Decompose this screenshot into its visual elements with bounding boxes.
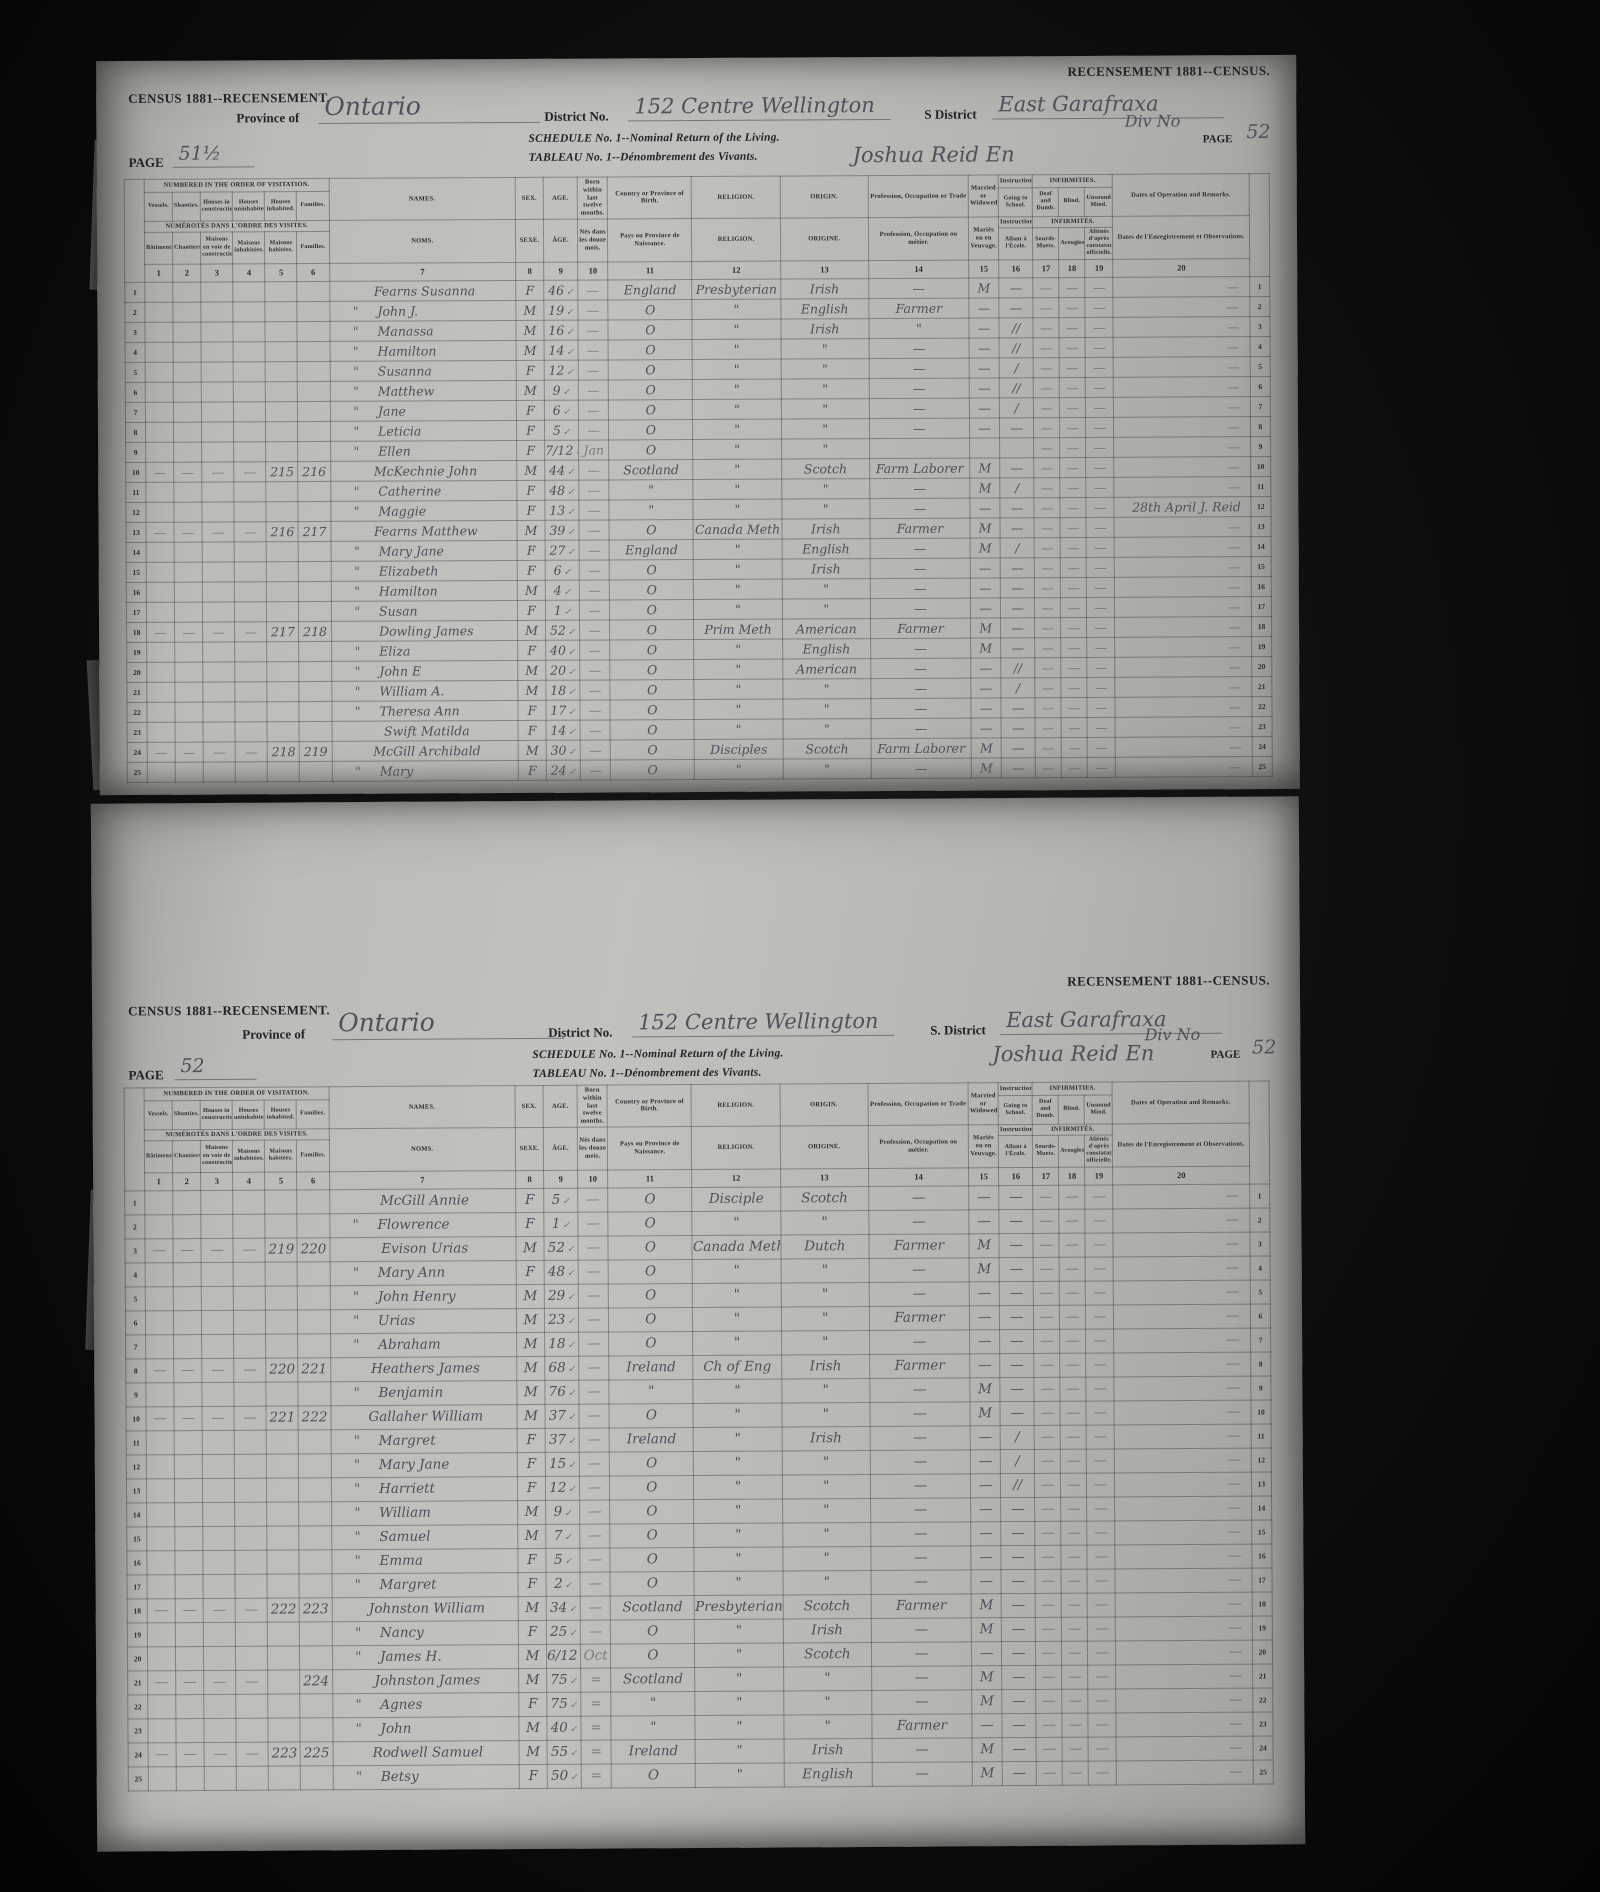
- infirmity-cell: —: [1059, 1209, 1085, 1233]
- visitation-sub-header: Vessels.: [144, 192, 172, 221]
- religion-cell: ": [693, 1403, 781, 1428]
- remarks-cell: —: [1115, 1544, 1251, 1569]
- visitation-cell: [148, 1718, 176, 1742]
- column-number: 3: [201, 263, 233, 281]
- row-number: 25: [1253, 1760, 1273, 1784]
- age-cell: 9✓: [546, 1500, 580, 1524]
- age-check-mark: ✓: [564, 607, 572, 617]
- row-number: 12: [126, 1454, 146, 1478]
- married-cell: —: [970, 1353, 1000, 1377]
- family-number-cell: [297, 341, 329, 361]
- visitation-cell: [145, 1214, 173, 1238]
- infirmity-cell: —: [1035, 1521, 1061, 1545]
- visitation-cell: —: [234, 461, 266, 481]
- infirmity-cell: —: [1060, 1281, 1086, 1305]
- born-month-cell: —: [579, 1380, 609, 1404]
- age-check-mark: ✓: [570, 1749, 578, 1759]
- age-cell: 48✓: [545, 480, 579, 500]
- infirmity-cell: —: [1035, 577, 1061, 597]
- birthplace-cell: O: [608, 1283, 692, 1308]
- visitation-cell: [203, 761, 235, 781]
- school-cell: //: [999, 317, 1033, 337]
- family-number-cell: [297, 301, 329, 321]
- family-number-cell: [299, 561, 331, 581]
- given-name: Agnes: [380, 1696, 518, 1713]
- profession-cell: —: [869, 398, 969, 419]
- birthplace-cell: O: [611, 1643, 695, 1668]
- profession-cell: —: [869, 1185, 969, 1210]
- visitation-cell: [235, 1550, 267, 1574]
- age-cell: 14✓: [544, 340, 578, 360]
- enumerator-signature: Joshua Reid En: [992, 1041, 1154, 1066]
- name-cell: "Abraham: [330, 1332, 517, 1357]
- column-header: RELIGION.: [692, 218, 780, 261]
- remark-text: —: [1123, 1476, 1250, 1493]
- visitation-cell: [201, 381, 233, 401]
- house-number-cell: [267, 661, 299, 681]
- page-number: 51½: [173, 142, 255, 167]
- column-header: Dates of Operation and Remarks.: [1113, 174, 1250, 217]
- religion-cell: ": [694, 699, 782, 719]
- born-month-cell: =: [581, 1740, 611, 1764]
- visitation-cell: [147, 1622, 175, 1646]
- infirmity-cell: —: [1060, 1353, 1086, 1377]
- infirmity-cell: —: [1087, 1472, 1115, 1496]
- remark-text: —: [1122, 379, 1249, 395]
- infirmity-cell: —: [1085, 1256, 1113, 1280]
- sex-cell: F: [518, 1620, 546, 1644]
- given-name: Mary Jane: [379, 1456, 517, 1473]
- school-cell: /: [1000, 397, 1034, 417]
- sex-cell: M: [518, 1596, 546, 1620]
- sex-cell: M: [516, 300, 544, 320]
- age-cell: 2✓: [546, 1572, 580, 1596]
- name-cell: "Hamilton: [330, 340, 517, 361]
- family-number-cell: [298, 501, 330, 521]
- born-month-cell: —: [580, 699, 610, 719]
- age-check-mark: ✓: [567, 467, 575, 477]
- birthplace-cell: O: [610, 739, 694, 759]
- age-check-mark: ✓: [566, 307, 574, 317]
- visitation-cell: —: [148, 1742, 176, 1766]
- visitation-sub-header: Chantiers.: [173, 232, 201, 264]
- column-number: 5: [265, 263, 297, 281]
- origin-cell: ": [780, 1210, 868, 1235]
- house-number-cell: [265, 361, 297, 381]
- page-right-number: 52: [1246, 121, 1270, 143]
- ditto-mark: ": [334, 423, 378, 438]
- age-check-mark: ✓: [569, 1605, 577, 1615]
- visitation-cell: [145, 1286, 173, 1310]
- birthplace-cell: O: [608, 319, 692, 339]
- remarks-cell: —: [1115, 716, 1251, 737]
- ditto-mark: ": [337, 1721, 381, 1737]
- birthplace-cell: O: [609, 399, 693, 419]
- sex-cell: M: [518, 1644, 546, 1668]
- house-number-cell: [268, 1717, 300, 1741]
- column-number: 15: [969, 259, 999, 277]
- enumerator-signature: Joshua Reid En: [853, 142, 1015, 167]
- remark-text: —: [1122, 1188, 1249, 1205]
- age-check-mark: ✓: [565, 1581, 573, 1591]
- infirmity-cell: —: [1087, 1424, 1115, 1448]
- ditto-mark: ": [335, 503, 379, 518]
- sex-cell: M: [519, 1740, 547, 1764]
- visitation-cell: [202, 1430, 234, 1454]
- married-cell: M: [970, 517, 1000, 537]
- infirmity-cell: —: [1061, 697, 1087, 717]
- name-cell: "Flowrence: [329, 1212, 516, 1237]
- page-right-number: 52: [1252, 1036, 1276, 1058]
- ditto-mark: ": [334, 303, 378, 318]
- infirmity-cell: —: [1087, 1496, 1115, 1520]
- birthplace-cell: O: [609, 419, 693, 439]
- remark-text: —: [1123, 1452, 1250, 1469]
- row-number: 24: [128, 1742, 148, 1766]
- birthplace-cell: O: [610, 699, 694, 719]
- column-header: NAMES.: [329, 177, 516, 220]
- visitation-cell: [201, 341, 233, 361]
- name-wrap: "Samuel: [336, 1528, 518, 1545]
- age-cell: 24✓: [546, 760, 580, 780]
- visitation-cell: [146, 582, 174, 602]
- married-cell: —: [972, 1641, 1002, 1665]
- visitation-cell: [145, 302, 173, 322]
- infirmity-cell: —: [1059, 277, 1085, 297]
- visitation-cell: [176, 1718, 204, 1742]
- sex-cell: F: [518, 720, 546, 740]
- married-cell: —: [972, 1713, 1002, 1737]
- page-header: CENSUS 1881--RECENSEMENT. RECENSEMENT 18…: [91, 796, 1301, 1087]
- age-cell: 17✓: [546, 700, 580, 720]
- school-cell: [1000, 437, 1034, 457]
- row-number: 7: [1250, 1328, 1270, 1352]
- visitation-cell: —: [175, 1598, 203, 1622]
- visitation-cell: [173, 382, 201, 402]
- married-cell: M: [970, 1401, 1000, 1425]
- origin-cell: ": [782, 678, 870, 698]
- remarks-cell: —: [1115, 536, 1251, 557]
- family-number-cell: 217: [298, 521, 330, 541]
- name-wrap: "Elizabeth: [335, 562, 517, 578]
- infirmity-cell: —: [1033, 277, 1059, 297]
- column-number: 8: [516, 262, 544, 280]
- visitation-cell: [173, 362, 201, 382]
- sex-cell: M: [517, 1380, 545, 1404]
- born-month-cell: =: [581, 1668, 611, 1692]
- family-number-cell: 225: [300, 1741, 332, 1765]
- school-cell: —: [1001, 717, 1035, 737]
- profession-cell: —: [870, 1497, 970, 1522]
- remark-text: —: [1124, 1596, 1251, 1613]
- family-number-cell: 216: [298, 461, 330, 481]
- infirmity-column-header: Blind.: [1058, 1095, 1084, 1124]
- visitation-cell: [233, 1262, 265, 1286]
- infirmity-cell: —: [1061, 717, 1087, 737]
- remarks-cell: 28th April J. Reid: [1114, 496, 1250, 517]
- married-cell: —: [969, 297, 999, 317]
- age-cell: 1✓: [544, 1212, 578, 1236]
- born-month-cell: —: [578, 1284, 608, 1308]
- remarks-cell: —: [1115, 576, 1251, 597]
- ditto-mark: ": [335, 583, 379, 598]
- remarks-cell: —: [1114, 396, 1250, 417]
- born-month-cell: —: [579, 1308, 609, 1332]
- house-number-cell: 216: [266, 521, 298, 541]
- ditto-mark: ": [334, 343, 378, 358]
- column-header: Nés dans les douze mois.: [577, 1127, 607, 1170]
- infirmity-cell: —: [1033, 1257, 1059, 1281]
- age-cell: 34✓: [546, 1596, 580, 1620]
- row-number: 19: [127, 642, 147, 662]
- origin-cell: ": [781, 438, 869, 458]
- remark-text: —: [1122, 279, 1249, 295]
- name-wrap: "Susan: [335, 602, 517, 618]
- visitation-cell: [201, 1286, 233, 1310]
- born-month-cell: —: [580, 1620, 610, 1644]
- infirmity-cell: —: [1087, 1520, 1115, 1544]
- visitation-cell: [146, 542, 174, 562]
- family-number-cell: [299, 601, 331, 621]
- married-cell: —: [969, 397, 999, 417]
- profession-cell: Farmer: [869, 298, 969, 319]
- family-number-cell: [299, 1573, 331, 1597]
- name-cell: Gallaher William: [330, 1404, 517, 1429]
- age-cell: 44✓: [545, 460, 579, 480]
- visitation-sub-header: Houses uninhabited.: [233, 192, 265, 221]
- column-number: 11: [608, 261, 692, 279]
- visitation-cell: [235, 581, 267, 601]
- born-month-cell: —: [580, 679, 610, 699]
- visitation-cell: [236, 1622, 268, 1646]
- visitation-cell: [174, 1454, 202, 1478]
- name-cell: Evison Urias: [329, 1236, 516, 1261]
- family-number-cell: [297, 1189, 329, 1213]
- column-header: Nés dans les douze mois.: [578, 219, 608, 262]
- house-number-cell: [267, 561, 299, 581]
- married-cell: M: [970, 1377, 1000, 1401]
- visitation-cell: [173, 402, 201, 422]
- row-number: 22: [1253, 1688, 1273, 1712]
- visitation-cell: [203, 1478, 235, 1502]
- origin-cell: ": [782, 1498, 870, 1523]
- given-name: Leticia: [378, 422, 516, 438]
- infirmity-cell: —: [1060, 537, 1086, 557]
- origin-cell: English: [784, 1762, 872, 1787]
- infirmity-cell: —: [1035, 717, 1061, 737]
- visitation-cell: [173, 1190, 201, 1214]
- division-note: Div No: [1125, 111, 1181, 130]
- born-month-cell: —: [579, 479, 609, 499]
- row-number-gutter: [124, 179, 145, 282]
- ditto-mark: ": [336, 683, 380, 698]
- birthplace-cell: O: [610, 659, 694, 679]
- page-right-label: PAGE: [1203, 133, 1233, 145]
- name-wrap: "William A.: [336, 682, 518, 698]
- census-page-top: CENSUS 1881--RECENSEMENT. RECENSEMENT 18…: [96, 55, 1300, 795]
- family-number-cell: 224: [300, 1669, 332, 1693]
- profession-cell: Farm Laborer: [870, 458, 970, 479]
- visitation-cell: [202, 481, 234, 501]
- remarks-cell: —: [1116, 1664, 1252, 1689]
- infirmity-cell: —: [1061, 1521, 1087, 1545]
- infirmity-cell: —: [1086, 357, 1114, 377]
- row-number: 10: [126, 462, 146, 482]
- religion-cell: ": [694, 1523, 782, 1548]
- row-number: 22: [128, 1694, 148, 1718]
- birthplace-cell: England: [608, 279, 692, 299]
- infirmity-cell: —: [1059, 1233, 1085, 1257]
- married-cell: —: [970, 417, 1000, 437]
- origin-cell: Irish: [782, 518, 870, 538]
- census-title-right: RECENSEMENT 1881--CENSUS.: [1067, 973, 1270, 990]
- age-check-mark: ✓: [568, 1389, 576, 1399]
- visitation-cell: [173, 1286, 201, 1310]
- visitation-cell: [173, 342, 201, 362]
- infirmity-cell: —: [1086, 1280, 1114, 1304]
- visitation-cell: [176, 1766, 204, 1790]
- family-number-cell: [299, 721, 331, 741]
- visitation-cell: —: [146, 522, 174, 542]
- age-check-mark: ✓: [562, 1221, 570, 1231]
- religion-cell: Ch of Eng: [693, 1355, 781, 1380]
- house-number-cell: [268, 1693, 300, 1717]
- age-cell: 46✓: [544, 280, 578, 300]
- column-number: 13: [780, 1168, 868, 1187]
- visitation-sub-header: Houses inhabited.: [265, 191, 297, 220]
- age-check-mark: ✓: [570, 1677, 578, 1687]
- birthplace-cell: Scotland: [611, 1667, 695, 1692]
- name-wrap: "Jane: [334, 402, 516, 418]
- column-header: Dates de l'Enregistrement et Observation…: [1113, 1123, 1250, 1166]
- infirmity-cell: —: [1061, 1449, 1087, 1473]
- house-number-cell: [267, 1453, 299, 1477]
- sex-cell: M: [517, 1404, 545, 1428]
- house-number-cell: [266, 441, 298, 461]
- column-number: 2: [173, 264, 201, 282]
- column-number: 10: [578, 262, 608, 280]
- origin-cell: ": [782, 498, 870, 518]
- origin-cell: ": [782, 1474, 870, 1499]
- married-cell: M: [969, 277, 999, 297]
- column-header: Profession, Occupation ou métier.: [868, 217, 968, 260]
- row-number: 19: [1251, 636, 1271, 656]
- origin-cell: ": [781, 358, 869, 378]
- ditto-mark: ": [336, 1505, 380, 1521]
- visitation-cell: [202, 421, 234, 441]
- visitation-cell: [234, 441, 266, 461]
- sex-cell: F: [518, 1548, 546, 1572]
- origin-cell: ": [781, 1282, 869, 1307]
- row-number: 18: [127, 1598, 147, 1622]
- province-label: Province of: [242, 1026, 305, 1042]
- ditto-mark: ": [336, 1649, 380, 1665]
- infirmity-cell: —: [1088, 757, 1116, 777]
- married-cell: —: [969, 337, 999, 357]
- column-number: 19: [1085, 259, 1113, 277]
- row-number: 9: [1250, 436, 1270, 456]
- subdistrict-label: S. District: [930, 1022, 986, 1038]
- name-cell: "William A.: [331, 680, 518, 701]
- profession-cell: —: [869, 358, 969, 379]
- page-right-label: PAGE: [1211, 1049, 1241, 1061]
- visitation-cell: —: [174, 1358, 202, 1382]
- family-number-cell: [299, 541, 331, 561]
- name-cell: Dowling James: [331, 620, 518, 641]
- school-cell: //: [999, 337, 1033, 357]
- married-cell: —: [970, 1305, 1000, 1329]
- ditto-mark: ": [335, 1433, 379, 1449]
- age-cell: 5✓: [544, 1188, 578, 1212]
- row-number: 25: [1252, 756, 1272, 776]
- name-cell: Swift Matilda: [332, 720, 519, 741]
- name-wrap: "Hamilton: [334, 342, 516, 358]
- sex-cell: F: [517, 1476, 545, 1500]
- census-table: NUMBERED IN THE ORDER OF VISITATION.NAME…: [124, 173, 1273, 783]
- religion-cell: Presbyterian: [692, 279, 780, 299]
- visitation-cell: [202, 1382, 234, 1406]
- profession-cell: —: [871, 698, 971, 719]
- remark-text: —: [1124, 659, 1251, 675]
- row-number: 7: [126, 1334, 146, 1358]
- visitation-cell: [147, 1550, 175, 1574]
- given-name: John J.: [377, 302, 515, 318]
- house-number-cell: [265, 341, 297, 361]
- married-cell: M: [971, 637, 1001, 657]
- infirmity-cell: —: [1062, 1665, 1088, 1689]
- remark-text: —: [1125, 1764, 1252, 1781]
- sex-cell: F: [518, 640, 546, 660]
- remarks-cell: —: [1113, 336, 1249, 357]
- sex-cell: M: [518, 740, 546, 760]
- infirmity-cell: —: [1034, 477, 1060, 497]
- married-cell: —: [969, 317, 999, 337]
- name-wrap: "Susanna: [334, 362, 516, 378]
- birthplace-cell: O: [609, 1331, 693, 1356]
- infirmity-cell: —: [1085, 317, 1113, 337]
- visitation-cell: [235, 1478, 267, 1502]
- birthplace-cell: O: [610, 679, 694, 699]
- infirmity-cell: —: [1062, 1641, 1088, 1665]
- school-cell: —: [999, 1209, 1033, 1233]
- profession-cell: —: [869, 1257, 969, 1282]
- visitation-cell: [234, 1430, 266, 1454]
- row-number: 20: [127, 662, 147, 682]
- infirmity-cell: —: [1061, 1473, 1087, 1497]
- visitation-cell: [236, 1646, 268, 1670]
- visitation-group-header: NUMBERED IN THE ORDER OF VISITATION.: [144, 1087, 329, 1101]
- origin-cell: Scotch: [780, 1186, 868, 1211]
- house-number-cell: [268, 1621, 300, 1645]
- family-number-cell: [299, 661, 331, 681]
- infirmity-column-header: Deaf and Dumb.: [1033, 187, 1059, 216]
- name-cell: "John: [332, 1716, 519, 1741]
- school-column-header: Going to School.: [998, 1095, 1032, 1124]
- visitation-cell: [234, 481, 266, 501]
- age-check-mark: ✓: [567, 1269, 575, 1279]
- row-number: 21: [1252, 676, 1272, 696]
- visitation-cell: [236, 761, 268, 781]
- visitation-cell: —: [146, 1406, 174, 1430]
- remark-text: —: [1123, 519, 1250, 535]
- infirmity-cell: —: [1035, 1473, 1061, 1497]
- name-cell: "John E: [331, 660, 518, 681]
- column-header: ORIGINE.: [780, 1125, 868, 1168]
- infirmity-cell: —: [1060, 1329, 1086, 1353]
- province-value: Ontario: [318, 91, 540, 124]
- infirmity-cell: —: [1035, 617, 1061, 637]
- religion-cell: ": [694, 1571, 782, 1596]
